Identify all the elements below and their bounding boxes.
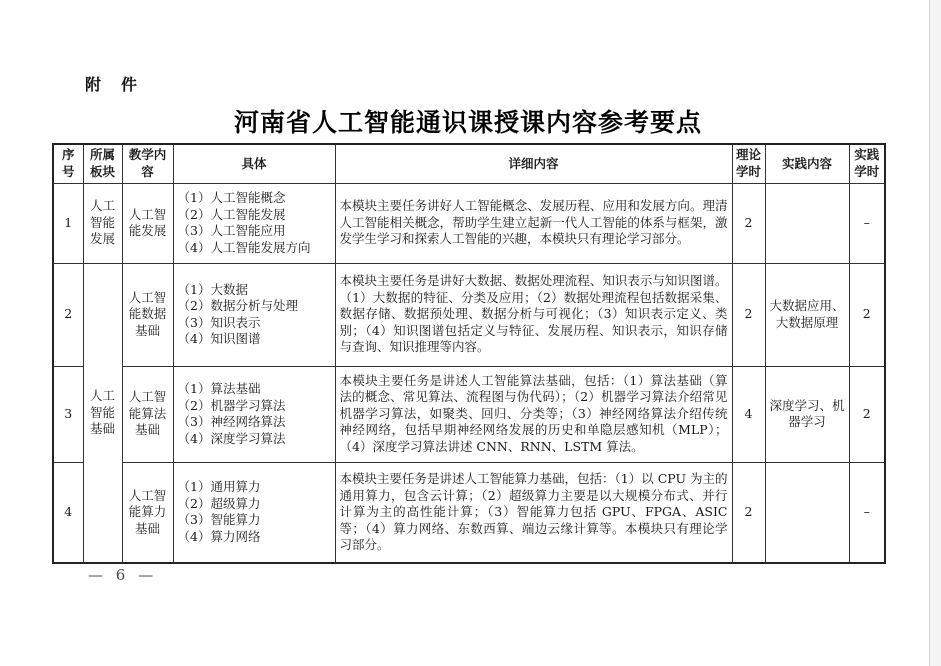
cell-theory-hours: 2 bbox=[732, 263, 765, 366]
cell-specifics: （1）算法基础 （2）机器学习算法 （3）神经网络算法 （4）深度学习算法 bbox=[173, 366, 335, 462]
course-table: 序号 所属板块 教学内容 具体 详细内容 理论学时 实践内容 实践学时 1 人工… bbox=[52, 143, 886, 564]
cell-details: 本模块主要任务是讲好大数据、数据处理流程、知识表示与知识图谱。（1）大数据的特征… bbox=[335, 263, 732, 366]
cell-no: 1 bbox=[53, 183, 83, 263]
cell-practice-hours: – bbox=[849, 183, 885, 263]
cell-practice-hours: – bbox=[849, 462, 885, 563]
cell-no: 4 bbox=[53, 462, 83, 563]
page-number: — 6 — bbox=[88, 566, 157, 584]
table-header-row: 序号 所属板块 教学内容 具体 详细内容 理论学时 实践内容 实践学时 bbox=[53, 144, 885, 183]
cell-practice-content bbox=[765, 183, 849, 263]
cell-practice-hours: 2 bbox=[849, 366, 885, 462]
cell-module: 人工智能发展 bbox=[83, 183, 122, 263]
attachment-label: 附 件 bbox=[85, 72, 139, 95]
cell-details: 本模块主要任务是讲述人工智能算力基础，包括：（1）以 CPU 为主的通用算力，包… bbox=[335, 462, 732, 563]
header-details: 详细内容 bbox=[335, 144, 732, 183]
cell-theory-hours: 2 bbox=[732, 462, 765, 563]
header-module: 所属板块 bbox=[83, 144, 122, 183]
document-page: 附 件 河南省人工智能通识课授课内容参考要点 序号 所属板块 教学内容 具体 详… bbox=[0, 0, 930, 666]
cell-specifics: （1）通用算力 （2）超级算力 （3）智能算力 （4）算力网络 bbox=[173, 462, 335, 563]
cell-practice-content: 深度学习、机器学习 bbox=[765, 366, 849, 462]
cell-details: 本模块主要任务是讲述人工智能算法基础，包括：（1）算法基础（算法的概念、常见算法… bbox=[335, 366, 732, 462]
cell-teaching-content: 人工智能数据基础 bbox=[122, 263, 173, 366]
cell-practice-hours: 2 bbox=[849, 263, 885, 366]
page-title: 河南省人工智能通识课授课内容参考要点 bbox=[52, 103, 884, 139]
header-specifics: 具体 bbox=[173, 144, 335, 183]
cell-specifics: （1）大数据 （2）数据分析与处理 （3）知识表示 （4）知识图谱 bbox=[173, 263, 335, 366]
cell-details: 本模块主要任务讲好人工智能概念、发展历程、应用和发展方向。理清人工智能相关概念，… bbox=[335, 183, 732, 263]
header-practice-content: 实践内容 bbox=[765, 144, 849, 183]
table-row: 3 人工智能算法基础 （1）算法基础 （2）机器学习算法 （3）神经网络算法 （… bbox=[53, 366, 885, 462]
cell-specifics: （1）人工智能概念 （2）人工智能发展 （3）人工智能应用 （4）人工智能发展方… bbox=[173, 183, 335, 263]
table-row: 2 人工智能基础 人工智能数据基础 （1）大数据 （2）数据分析与处理 （3）知… bbox=[53, 263, 885, 366]
table-row: 1 人工智能发展 人工智能发展 （1）人工智能概念 （2）人工智能发展 （3）人… bbox=[53, 183, 885, 263]
cell-practice-content: 大数据应用、大数据原理 bbox=[765, 263, 849, 366]
cell-teaching-content: 人工智能算法基础 bbox=[122, 366, 173, 462]
header-practice-hours: 实践学时 bbox=[849, 144, 885, 183]
cell-teaching-content: 人工智能算力基础 bbox=[122, 462, 173, 563]
header-theory-hours: 理论学时 bbox=[732, 144, 765, 183]
table-row: 4 人工智能算力基础 （1）通用算力 （2）超级算力 （3）智能算力 （4）算力… bbox=[53, 462, 885, 563]
cell-module-merged: 人工智能基础 bbox=[83, 263, 122, 563]
cell-theory-hours: 2 bbox=[732, 183, 765, 263]
header-no: 序号 bbox=[53, 144, 83, 183]
header-teaching-content: 教学内容 bbox=[122, 144, 173, 183]
cell-theory-hours: 4 bbox=[732, 366, 765, 462]
cell-teaching-content: 人工智能发展 bbox=[122, 183, 173, 263]
cell-no: 2 bbox=[53, 263, 83, 366]
cell-no: 3 bbox=[53, 366, 83, 462]
cell-practice-content bbox=[765, 462, 849, 563]
